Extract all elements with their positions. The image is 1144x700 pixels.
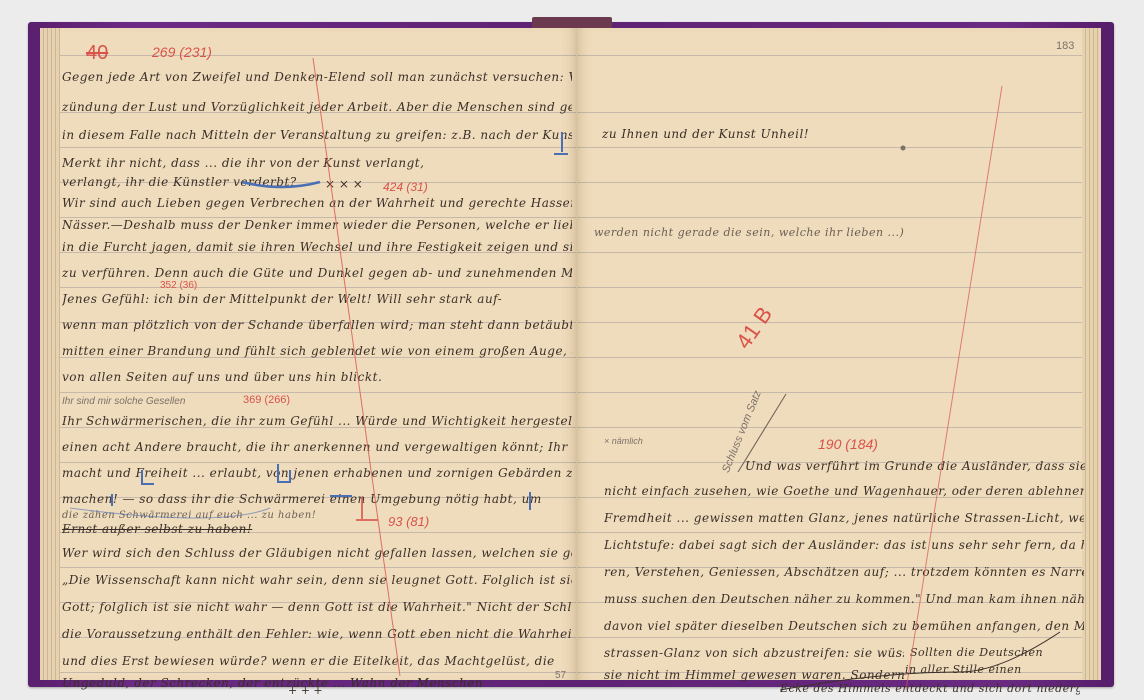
text-line: die Voraussetzung enthält den Fehler: wi… <box>62 627 572 641</box>
text-line: Ihr Schwärmerischen, die ihr zum Gefühl … <box>62 414 572 428</box>
text-line: in aller Stille einen <box>905 663 1085 676</box>
red-folio-number: 190 (184) <box>818 436 878 452</box>
text-line: mitten einer Brandung und fühlt sich geb… <box>62 344 572 358</box>
text-line: und dies Erst bewiesen würde? wenn er di… <box>62 654 572 668</box>
text-line: Gott; folglich ist sie nicht wahr — denn… <box>62 600 572 614</box>
pencil-margin-note: × nämlich <box>604 436 643 446</box>
text-line: Ernst außer selbst zu haben! <box>62 522 262 536</box>
text-line: werden nicht gerade die sein, welche ihr… <box>594 226 904 239</box>
text-line: ren, Verstehen, Geniessen, Abschätzen au… <box>604 565 1084 579</box>
text-line: verlangt, ihr die Künstler verderbt? <box>62 175 362 189</box>
text-line: Fremdheit ... gewissen matten Glanz, jen… <box>604 511 1084 525</box>
red-folio-number: 269 (231) <box>152 44 212 60</box>
red-folio-number: 352 (36) <box>160 280 197 291</box>
text-line: Gegen jede Art von Zweifel und Denken-El… <box>62 70 572 84</box>
text-line: nicht einfach zusehen, wie Goethe und Wa… <box>604 484 1084 498</box>
text-line: einen acht Andere braucht, die ihr anerk… <box>62 440 572 454</box>
text-line: Und was verführt im Grunde die Ausländer… <box>745 459 1085 473</box>
text-line: davon viel später dieselben Deutschen si… <box>604 619 1084 633</box>
text-line: zu verführen. Denn auch die Güte und Dun… <box>62 266 572 280</box>
text-line: zu Ihnen und der Kunst Unheil! <box>602 127 902 141</box>
text-line: Wer wird sich den Schluss der Gläubigen … <box>62 546 572 560</box>
text-line: muss suchen den Deutschen näher zu komme… <box>604 592 1084 606</box>
text-line: macht und Freiheit ... erlaubt, von jene… <box>62 466 572 480</box>
text-line: strassen-Glanz von sich abzustreifen: si… <box>604 646 904 660</box>
text-line: Jenes Gefühl: ich bin der Mittelpunkt de… <box>62 292 572 306</box>
red-page-number: 40 <box>86 42 108 65</box>
separator-marks: + + + <box>288 684 323 697</box>
page-footer-number: 57 <box>555 670 566 681</box>
text-line: wenn man plötzlich von der Schande überf… <box>62 318 572 332</box>
text-line: machen! — so dass ihr die Schwärmerei ei… <box>62 492 572 506</box>
text-line: Sollten die Deutschen <box>910 646 1085 659</box>
text-line: Ungeduld, der Schrecken, der entzückte .… <box>62 676 482 690</box>
right-page-edges <box>1082 28 1101 680</box>
text-line: in diesem Falle nach Mitteln der Veranst… <box>62 128 572 142</box>
separator-marks: × × × <box>325 177 363 191</box>
text-line: sie nicht im Himmel gewesen waren. Sonde… <box>604 668 904 682</box>
text-line: „Die Wissenschaft kann nicht wahr sein, … <box>62 573 572 587</box>
text-line: Wir sind auch Lieben gegen Verbrechen an… <box>62 196 572 210</box>
text-line: in die Furcht jagen, damit sie ihren Wec… <box>62 240 572 254</box>
red-folio-number: 93 (81) <box>388 514 429 529</box>
text-line: Nässer.—Deshalb muss der Denker immer wi… <box>62 218 572 232</box>
pencil-margin-note: Ihr sind mir solche Gesellen <box>62 396 185 407</box>
page-number: 183 <box>1056 40 1074 52</box>
text-line: zündung der Lust und Vorzüglichkeit jede… <box>62 100 572 114</box>
text-line: Lichtstufe: dabei sagt sich der Auslände… <box>604 538 1084 552</box>
text-line: Merkt ihr nicht, dass ... die ihr von de… <box>62 156 572 170</box>
left-page-edges <box>40 28 60 680</box>
right-page <box>577 28 1101 680</box>
red-folio-number: 369 (266) <box>243 394 290 406</box>
text-line: von allen Seiten auf uns und über uns hi… <box>62 370 462 384</box>
red-folio-number: 424 (31) <box>383 180 428 194</box>
text-line: Ecke des Himmels entdeckt und sich dort … <box>780 682 1080 695</box>
text-line: die zähen Schwärmerei auf euch ... zu ha… <box>62 510 332 521</box>
